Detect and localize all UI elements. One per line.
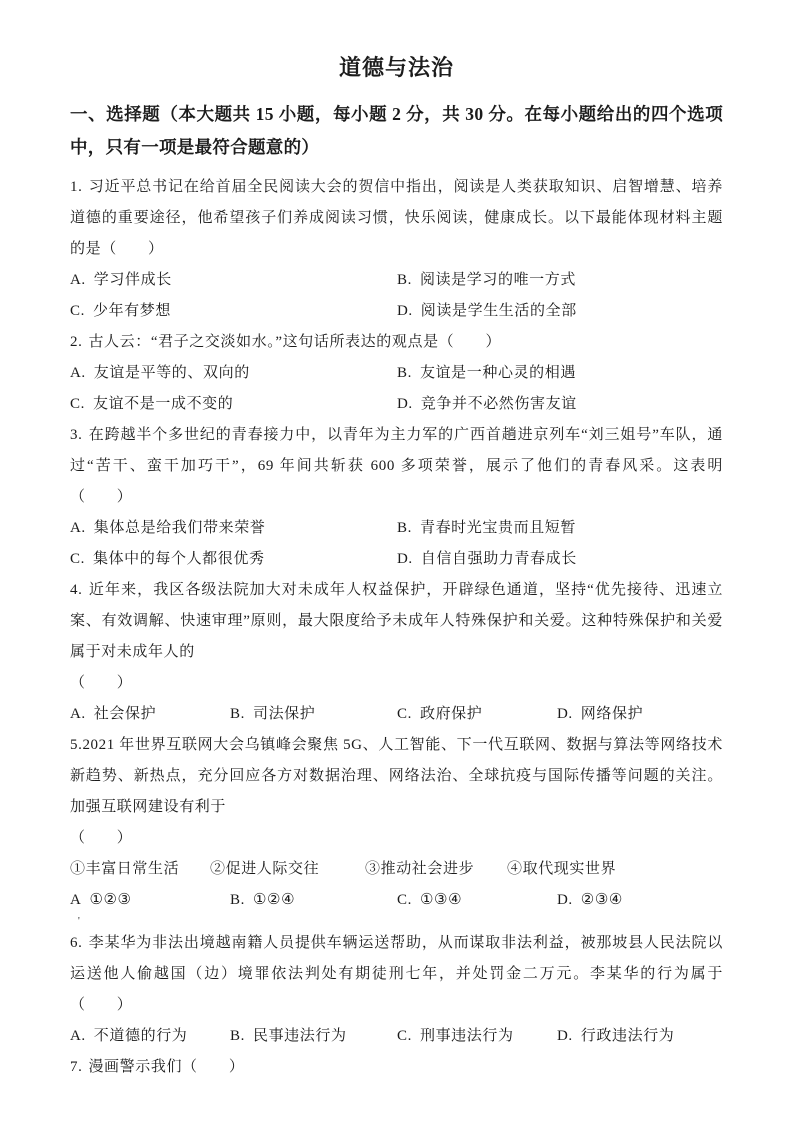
- option-text: 司法保护: [253, 706, 315, 722]
- question-3: 3.在跨越半个多世纪的青春接力中，以青年为主力军的广西首趟进京列车“刘三姐号”车…: [70, 420, 723, 575]
- option-label: B.: [230, 1028, 245, 1044]
- option-label: B.: [397, 272, 412, 288]
- option-d: D.自信自强助力青春成长: [397, 544, 577, 575]
- option-a: A.不道德的行为: [70, 1021, 230, 1052]
- question-stem: 3.在跨越半个多世纪的青春接力中，以青年为主力军的广西首趟进京列车“刘三姐号”车…: [70, 420, 723, 513]
- option-a: A.社会保护: [70, 699, 230, 730]
- question-5: 5.2021 年世界互联网大会乌镇峰会聚焦 5G、人工智能、下一代互联网、数据与…: [70, 730, 723, 916]
- options-row: C.友谊不是一成不变的 D.竞争并不必然伤害友谊: [70, 389, 723, 420]
- option-label: B.: [397, 365, 412, 381]
- option-label: D.: [397, 396, 413, 412]
- option-text: 自信自强助力青春成长: [421, 551, 577, 567]
- option-a: A①②③: [70, 885, 230, 916]
- question-number: 7.: [70, 1059, 82, 1075]
- option-d: D.网络保护: [557, 699, 643, 730]
- option-a: A.学习伴成长: [70, 265, 397, 296]
- option-label: D.: [557, 1028, 573, 1044]
- options-row: A.集体总是给我们带来荣誉 B.青春时光宝贵而且短暂: [70, 513, 723, 544]
- option-text: 不道德的行为: [94, 1028, 188, 1044]
- option-label: C.: [397, 706, 412, 722]
- subitem-4: ④取代现实世界: [507, 854, 616, 885]
- option-label: A.: [70, 365, 86, 381]
- option-text: 友谊是平等的、双向的: [94, 365, 250, 381]
- option-c: C.政府保护: [397, 699, 557, 730]
- options-row: A①②③ B.①②④ C.①③④ D.②③④: [70, 885, 723, 916]
- section-heading: 一、选择题（本大题共 15 小题，每小题 2 分，共 30 分。在每小题给出的四…: [70, 98, 723, 164]
- option-text: 友谊是一种心灵的相遇: [420, 365, 576, 381]
- options-row: A.学习伴成长 B.阅读是学习的唯一方式: [70, 265, 723, 296]
- option-label: C.: [397, 1028, 412, 1044]
- document-title: 道德与法治: [70, 52, 723, 84]
- option-b: B.①②④: [230, 885, 397, 916]
- option-label: B.: [230, 892, 245, 908]
- question-stem-text: 漫画警示我们（ ）: [88, 1059, 244, 1075]
- option-label: D.: [397, 551, 413, 567]
- question-6: 6.李某华为非法出境越南籍人员提供车辆运送帮助，从而谋取非法利益，被那坡县人民法…: [70, 928, 723, 1052]
- question-stem: 1.习近平总书记在给首届全民阅读大会的贺信中指出，阅读是人类获取知识、启智增慧、…: [70, 172, 723, 265]
- question-stem: 6.李某华为非法出境越南籍人员提供车辆运送帮助，从而谋取非法利益，被那坡县人民法…: [70, 928, 723, 1021]
- option-text: 行政违法行为: [581, 1028, 675, 1044]
- option-b: B.阅读是学习的唯一方式: [397, 265, 576, 296]
- option-d: D.阅读是学生生活的全部: [397, 296, 577, 327]
- subitem-1: ①丰富日常生活: [70, 854, 210, 885]
- question-stem-text: 近年来，我区各级法院加大对未成年人权益保护，开辟绿色通道，坚持“优先接待、迅速立…: [70, 582, 723, 660]
- question-7: 7.漫画警示我们（ ）: [70, 1052, 723, 1083]
- stray-mark: ': [78, 916, 723, 928]
- question-stem: 5.2021 年世界互联网大会乌镇峰会聚焦 5G、人工智能、下一代互联网、数据与…: [70, 730, 723, 823]
- question-1: 1.习近平总书记在给首届全民阅读大会的贺信中指出，阅读是人类获取知识、启智增慧、…: [70, 172, 723, 327]
- question-2: 2.古人云：“君子之交淡如水。”这句话所表达的观点是（ ） A.友谊是平等的、双…: [70, 327, 723, 420]
- option-text: ①③④: [420, 892, 462, 908]
- option-b: B.青春时光宝贵而且短暂: [397, 513, 576, 544]
- option-text: 阅读是学生生活的全部: [421, 303, 577, 319]
- subitems-row: ①丰富日常生活 ②促进人际交往 ③推动社会进步 ④取代现实世界: [70, 854, 723, 885]
- option-text: 政府保护: [420, 706, 482, 722]
- option-label: C.: [70, 303, 85, 319]
- option-d: D.②③④: [557, 885, 623, 916]
- option-label: A.: [70, 706, 86, 722]
- option-label: A.: [70, 520, 86, 536]
- option-label: C.: [397, 892, 412, 908]
- option-text: 集体中的每个人都很优秀: [93, 551, 265, 567]
- option-text: 青春时光宝贵而且短暂: [420, 520, 576, 536]
- option-label: A.: [70, 272, 86, 288]
- option-c: C.①③④: [397, 885, 557, 916]
- options-row: A.不道德的行为 B.民事违法行为 C.刑事违法行为 D.行政违法行为: [70, 1021, 723, 1052]
- answer-paren: （ ）: [70, 668, 723, 699]
- question-stem-text: 古人云：“君子之交淡如水。”这句话所表达的观点是（ ）: [88, 334, 501, 350]
- option-label: D.: [557, 706, 573, 722]
- option-c: C.少年有梦想: [70, 296, 397, 327]
- option-label: D.: [557, 892, 573, 908]
- option-text: 集体总是给我们带来荣誉: [94, 520, 266, 536]
- options-row: A.社会保护 B.司法保护 C.政府保护 D.网络保护: [70, 699, 723, 730]
- subitem-3: ③推动社会进步: [365, 854, 507, 885]
- option-text: ①②③: [89, 892, 131, 908]
- question-stem-text: 2021 年世界互联网大会乌镇峰会聚焦 5G、人工智能、下一代互联网、数据与算法…: [70, 737, 723, 815]
- question-number: 3.: [70, 427, 82, 443]
- options-row: A.友谊是平等的、双向的 B.友谊是一种心灵的相遇: [70, 358, 723, 389]
- option-c: C.刑事违法行为: [397, 1021, 557, 1052]
- option-label: A: [70, 892, 81, 908]
- options-row: C.集体中的每个人都很优秀 D.自信自强助力青春成长: [70, 544, 723, 575]
- option-text: 社会保护: [94, 706, 156, 722]
- option-b: B.司法保护: [230, 699, 397, 730]
- options-row: C.少年有梦想 D.阅读是学生生活的全部: [70, 296, 723, 327]
- option-b: B.民事违法行为: [230, 1021, 397, 1052]
- option-text: 竞争并不必然伤害友谊: [421, 396, 577, 412]
- question-stem-text: 李某华为非法出境越南籍人员提供车辆运送帮助，从而谋取非法利益，被那坡县人民法院以…: [70, 935, 723, 1013]
- exam-page: 道德与法治 一、选择题（本大题共 15 小题，每小题 2 分，共 30 分。在每…: [0, 0, 793, 1083]
- option-text: 少年有梦想: [93, 303, 171, 319]
- question-stem: 7.漫画警示我们（ ）: [70, 1052, 723, 1083]
- option-text: 学习伴成长: [94, 272, 172, 288]
- question-stem: 2.古人云：“君子之交淡如水。”这句话所表达的观点是（ ）: [70, 327, 723, 358]
- question-stem: 4.近年来，我区各级法院加大对未成年人权益保护，开辟绿色通道，坚持“优先接待、迅…: [70, 575, 723, 668]
- option-label: C.: [70, 396, 85, 412]
- option-text: 网络保护: [581, 706, 643, 722]
- question-4: 4.近年来，我区各级法院加大对未成年人权益保护，开辟绿色通道，坚持“优先接待、迅…: [70, 575, 723, 730]
- question-number: 1.: [70, 179, 82, 195]
- option-a: A.友谊是平等的、双向的: [70, 358, 397, 389]
- question-number: 5.: [70, 737, 82, 753]
- option-label: D.: [397, 303, 413, 319]
- question-stem-text: 在跨越半个多世纪的青春接力中，以青年为主力军的广西首趟进京列车“刘三姐号”车队，…: [70, 427, 723, 505]
- option-c: C.友谊不是一成不变的: [70, 389, 397, 420]
- option-text: 友谊不是一成不变的: [93, 396, 233, 412]
- question-stem-text: 习近平总书记在给首届全民阅读大会的贺信中指出，阅读是人类获取知识、启智增慧、培养…: [70, 179, 723, 257]
- answer-paren: （ ）: [70, 823, 723, 854]
- option-label: A.: [70, 1028, 86, 1044]
- option-label: B.: [397, 520, 412, 536]
- option-c: C.集体中的每个人都很优秀: [70, 544, 397, 575]
- option-d: D.竞争并不必然伤害友谊: [397, 389, 577, 420]
- option-text: 阅读是学习的唯一方式: [420, 272, 576, 288]
- option-text: ②③④: [581, 892, 623, 908]
- option-text: 民事违法行为: [253, 1028, 347, 1044]
- question-number: 2.: [70, 334, 82, 350]
- option-text: 刑事违法行为: [420, 1028, 514, 1044]
- option-label: C.: [70, 551, 85, 567]
- option-b: B.友谊是一种心灵的相遇: [397, 358, 576, 389]
- question-number: 6.: [70, 935, 82, 951]
- option-text: ①②④: [253, 892, 295, 908]
- question-number: 4.: [70, 582, 82, 598]
- option-label: B.: [230, 706, 245, 722]
- subitem-2: ②促进人际交往: [210, 854, 365, 885]
- option-d: D.行政违法行为: [557, 1021, 674, 1052]
- option-a: A.集体总是给我们带来荣誉: [70, 513, 397, 544]
